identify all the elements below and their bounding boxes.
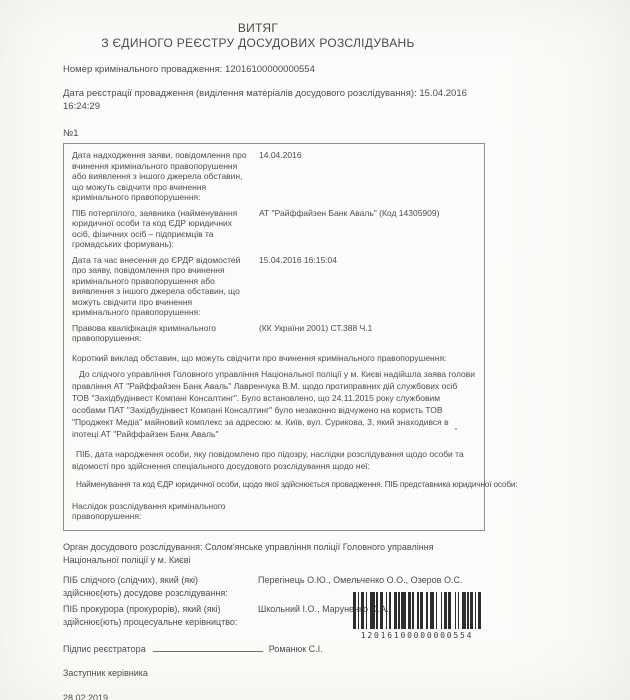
- table-row: Дата надходження заяви, повідомлення про…: [72, 150, 476, 203]
- table-row: Правова кваліфікація кримінального право…: [72, 323, 476, 344]
- suspect-row: ПІБ, дата народження особи, яку повідомл…: [72, 448, 476, 472]
- document-page: ВИТЯГ З ЄДИНОГО РЕЄСТРУ ДОСУДОВИХ РОЗСЛІ…: [0, 0, 630, 700]
- document-title: ВИТЯГ: [0, 21, 516, 36]
- signature-label: Підпис реєстратора: [63, 644, 146, 654]
- barcode-digits: 12016100000000554: [353, 631, 481, 640]
- document-title-block: ВИТЯГ З ЄДИНОГО РЕЄСТРУ ДОСУДОВИХ РОЗСЛІ…: [0, 0, 516, 51]
- case-number-value: 12016100000000554: [225, 64, 315, 75]
- row-label: Правова кваліфікація кримінального право…: [72, 323, 259, 344]
- outcome-row: Наслідок розслідування кримінального пра…: [72, 501, 476, 522]
- row-value: [272, 501, 476, 522]
- row-label: ПІБ потерпілого, заявника (найменування …: [72, 208, 259, 250]
- record-table: Дата надходження заяви, повідомлення про…: [63, 143, 485, 531]
- prosecutor-label: ПІБ прокурора (прокурорів), який (які) з…: [63, 603, 258, 629]
- investigator-row: ПІБ слідчого (слідчих), який (які) здійс…: [63, 574, 563, 600]
- record-index: №1: [63, 128, 630, 139]
- case-number-line: Номер кримінального провадження: 1201610…: [63, 64, 630, 75]
- investigator-label: ПІБ слідчого (слідчих), який (які) здійс…: [63, 574, 258, 600]
- summary-text: До слідчого управління Головного управлі…: [72, 368, 476, 440]
- table-row: ПІБ потерпілого, заявника (найменування …: [72, 208, 476, 250]
- row-value: АТ "Райффайзен Банк Аваль" (Код 14305909…: [259, 208, 476, 250]
- table-row: Дата та час внесення до ЄРДР відомостей …: [72, 255, 476, 318]
- registration-date-line: Дата реєстрації провадження (виділення м…: [63, 87, 501, 113]
- summary-heading: Короткий виклад обставин, що можуть свід…: [72, 353, 476, 364]
- legal-entity-row: Найменування та код ЄДР юридичної особи,…: [72, 480, 476, 491]
- case-number-label: Номер кримінального провадження:: [63, 64, 222, 75]
- barcode-bars: [353, 592, 481, 629]
- investigation-body-line: Орган досудового розслідування: Солом'ян…: [63, 541, 455, 567]
- signature-row: Підпис реєстратораРоманюк С.І.: [63, 642, 630, 656]
- row-value: 15.04.2016 16:15:04: [259, 255, 476, 318]
- registration-date-label: Дата реєстрації провадження (виділення м…: [63, 88, 417, 99]
- document-subtitle: З ЄДИНОГО РЕЄСТРУ ДОСУДОВИХ РОЗСЛІДУВАНЬ: [0, 36, 516, 51]
- signature-blank-line: [153, 642, 263, 652]
- row-value: (КК України 2001) СТ.388 Ч.1: [259, 323, 476, 344]
- deputy-position: Заступник керівника: [63, 667, 630, 680]
- barcode-block: 12016100000000554: [353, 592, 481, 640]
- prosecutor-row: ПІБ прокурора (прокурорів), який (які) з…: [63, 603, 563, 629]
- row-value: 14.04.2016: [259, 150, 476, 203]
- document-date: 28.02.2019: [63, 692, 630, 700]
- row-label: Дата надходження заяви, повідомлення про…: [72, 150, 259, 203]
- row-label: Наслідок розслідування кримінального пра…: [72, 501, 272, 522]
- row-label: Дата та час внесення до ЄРДР відомостей …: [72, 255, 259, 318]
- registrar-name: Романюк С.І.: [269, 644, 323, 654]
- scan-artifact-dot: [455, 428, 457, 430]
